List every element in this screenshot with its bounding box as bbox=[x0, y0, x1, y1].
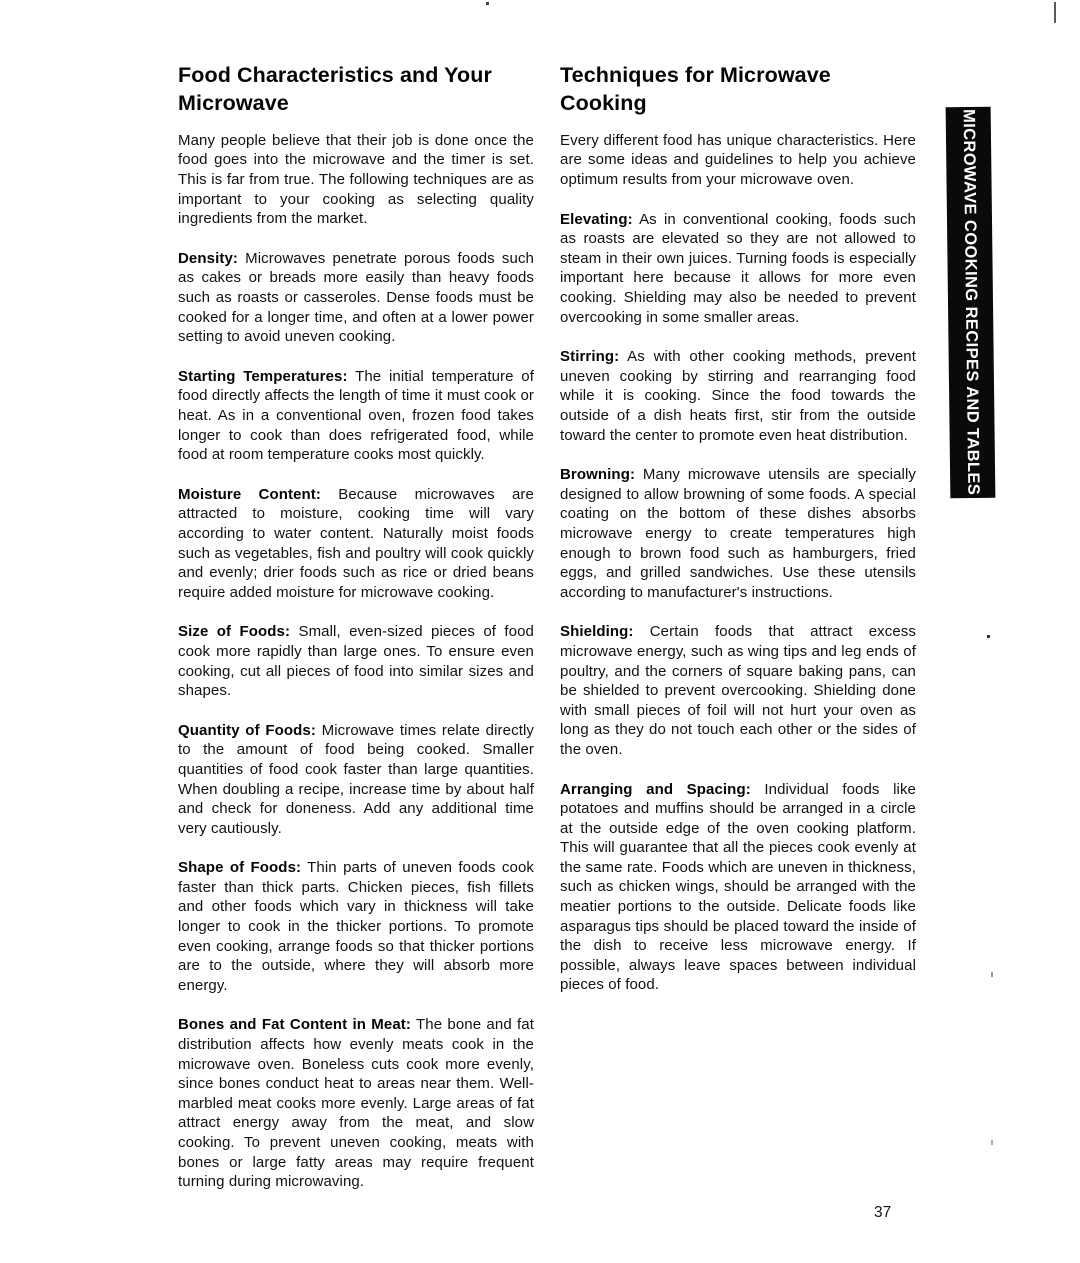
right-intro-paragraph: Every different food has unique characte… bbox=[560, 131, 916, 190]
scan-artifact-speck bbox=[987, 635, 990, 638]
section-shape-of-foods-text: Thin parts of uneven foods cook faster t… bbox=[178, 859, 534, 994]
section-stirring: Stirring: As with other cooking methods,… bbox=[560, 347, 916, 445]
section-quantity-of-foods-term: Quantity of Foods: bbox=[178, 722, 316, 739]
section-quantity-of-foods: Quantity of Foods: Microwave times relat… bbox=[178, 721, 534, 839]
section-density-term: Density: bbox=[178, 250, 238, 267]
section-elevating-term: Elevating: bbox=[560, 211, 633, 228]
section-density: Density: Microwaves penetrate porous foo… bbox=[178, 249, 534, 347]
section-size-of-foods: Size of Foods: Small, even-sized pieces … bbox=[178, 622, 534, 700]
section-shielding-text: Certain foods that attract excess microw… bbox=[560, 623, 916, 758]
scan-artifact-dot bbox=[486, 2, 489, 5]
section-elevating: Elevating: As in conventional cooking, f… bbox=[560, 210, 916, 328]
section-browning-text: Many microwave utensils are specially de… bbox=[560, 466, 916, 601]
section-bones-and-fat-term: Bones and Fat Content in Meat: bbox=[178, 1016, 411, 1033]
section-stirring-term: Stirring: bbox=[560, 348, 619, 365]
scan-artifact-tick bbox=[1054, 2, 1056, 23]
section-arranging-and-spacing-term: Arranging and Spacing: bbox=[560, 781, 751, 798]
section-shape-of-foods-term: Shape of Foods: bbox=[178, 859, 301, 876]
section-starting-temperatures-term: Starting Temperatures: bbox=[178, 368, 348, 385]
right-column: Techniques for Microwave Cooking Every d… bbox=[560, 62, 916, 1015]
right-column-heading: Techniques for Microwave Cooking bbox=[560, 62, 916, 118]
left-column-heading: Food Characteristics and Your Microwave bbox=[178, 62, 534, 118]
section-shielding: Shielding: Certain foods that attract ex… bbox=[560, 622, 916, 759]
section-size-of-foods-term: Size of Foods: bbox=[178, 623, 290, 640]
section-arranging-and-spacing-text: Individual foods like potatoes and muffi… bbox=[560, 781, 916, 994]
section-shielding-term: Shielding: bbox=[560, 623, 634, 640]
section-starting-temperatures: Starting Temperatures: The initial tempe… bbox=[178, 367, 534, 465]
section-bones-and-fat-text: The bone and fat distribution affects ho… bbox=[178, 1016, 534, 1190]
section-moisture-content: Moisture Content: Because microwaves are… bbox=[178, 485, 534, 603]
section-moisture-content-text: Because microwaves are attracted to mois… bbox=[178, 486, 534, 601]
left-intro-paragraph: Many people believe that their job is do… bbox=[178, 131, 534, 229]
section-browning-term: Browning: bbox=[560, 466, 635, 483]
scan-artifact-dash bbox=[991, 972, 993, 977]
section-moisture-content-term: Moisture Content: bbox=[178, 486, 321, 503]
chapter-tab: MICROWAVE COOKING RECIPES AND TABLES bbox=[946, 107, 996, 499]
section-bones-and-fat: Bones and Fat Content in Meat: The bone … bbox=[178, 1015, 534, 1191]
page-number: 37 bbox=[874, 1204, 891, 1222]
chapter-tab-label: MICROWAVE COOKING RECIPES AND TABLES bbox=[959, 109, 983, 495]
scan-artifact-dash bbox=[991, 1140, 993, 1145]
left-column: Food Characteristics and Your Microwave … bbox=[178, 62, 534, 1212]
section-browning: Browning: Many microwave utensils are sp… bbox=[560, 465, 916, 602]
section-arranging-and-spacing: Arranging and Spacing: Individual foods … bbox=[560, 780, 916, 996]
section-shape-of-foods: Shape of Foods: Thin parts of uneven foo… bbox=[178, 858, 534, 995]
